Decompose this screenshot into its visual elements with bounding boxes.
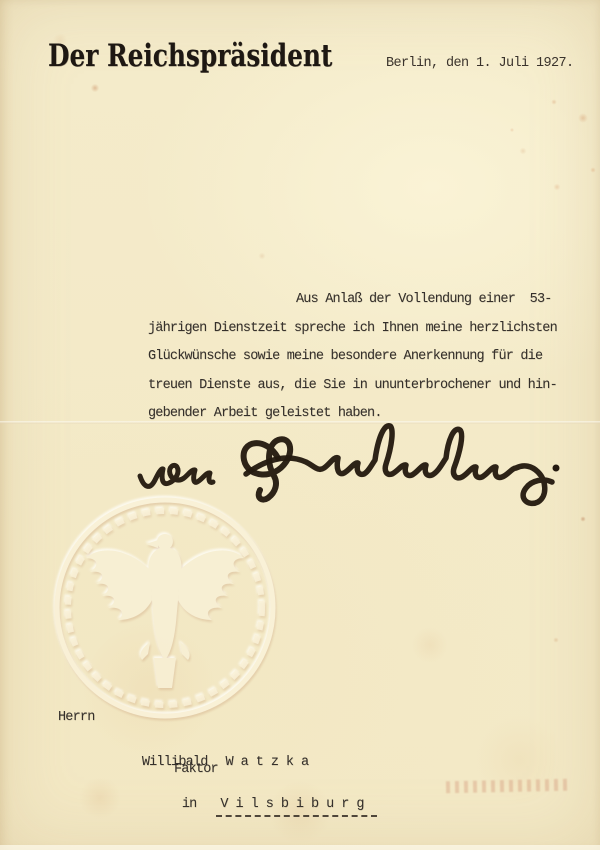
letter-body: Aus Anlaß der Vollendung einer 53- jähri… xyxy=(148,286,578,429)
signature-von-hindenburg xyxy=(128,418,564,518)
recipient-first-name: Willibald xyxy=(142,755,208,770)
recipient-last-name: Watzka xyxy=(226,755,317,770)
recipient-title: Faktor xyxy=(174,762,218,777)
reichsadler-eagle-icon xyxy=(86,534,244,688)
recipient-name-line: WillibaldWatzka xyxy=(98,740,316,785)
letter-page: Der Reichspräsident Berlin, den 1. Juli … xyxy=(0,0,600,850)
recipient-location: Vilsbiburg xyxy=(216,797,377,817)
signature-stroke-name xyxy=(246,426,552,504)
embossed-reichsadler-seal xyxy=(50,492,280,724)
seal-outer-ring xyxy=(57,500,273,716)
signature-stroke-von xyxy=(140,465,213,486)
body-line-2: jährigen Dienstzeit spreche ich Ihnen me… xyxy=(148,315,578,344)
recipient-salutation: Herrn xyxy=(58,710,95,725)
body-line-3: Glückwünsche sowie meine besondere Anerk… xyxy=(148,343,578,372)
dateline: Berlin, den 1. Juli 1927. xyxy=(386,56,574,71)
seal-wreath-ring xyxy=(68,511,262,705)
body-line-1: Aus Anlaß der Vollendung einer 53- xyxy=(148,286,578,315)
recipient-location-line: inVilsbiburg xyxy=(138,782,377,827)
ink-transfer-ghost xyxy=(446,779,568,794)
letterhead-title: Der Reichspräsident xyxy=(48,38,332,74)
signature-ink-dot xyxy=(553,465,560,472)
recipient-location-prefix: in xyxy=(182,797,197,812)
body-line-4: treuen Dienste aus, die Sie in ununterbr… xyxy=(148,372,578,401)
